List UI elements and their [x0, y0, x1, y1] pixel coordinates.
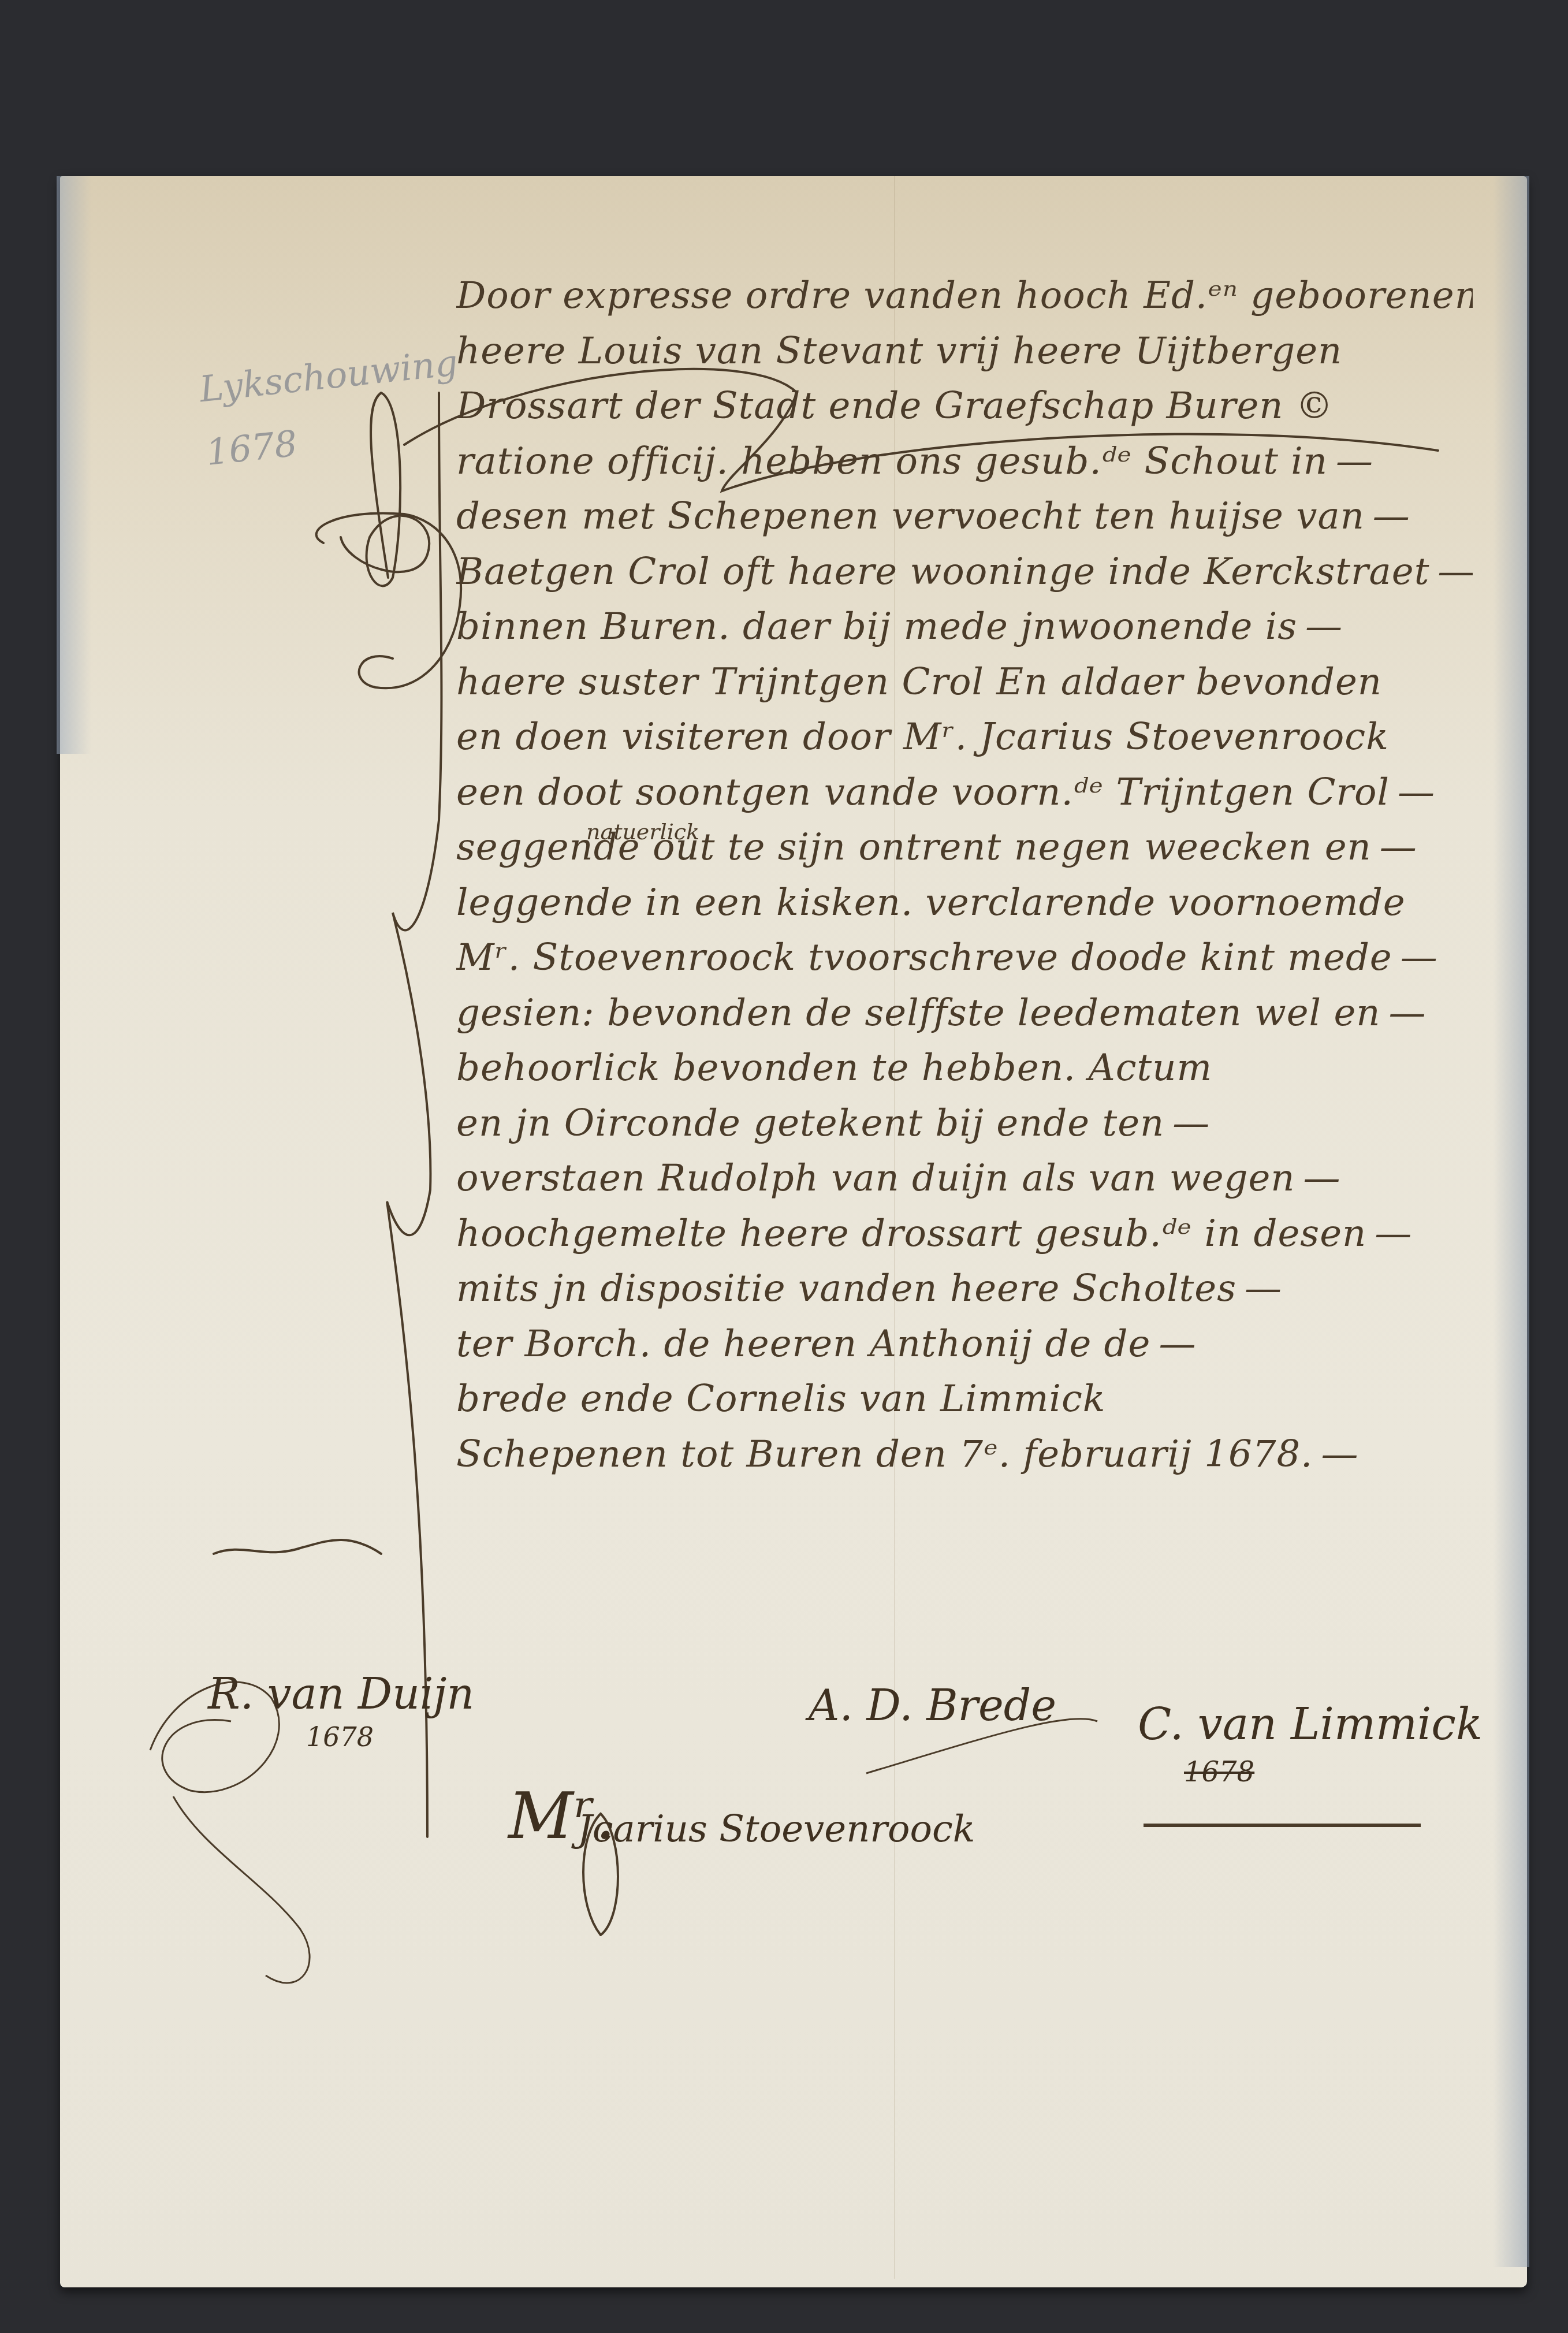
line-text: haere suster Trijntgen Crol En aldaer be… [456, 661, 1382, 704]
line-text: desen met Schepenen vervoecht ten huijse… [456, 495, 1365, 538]
line-text: overstaen Rudolph van duijn als van wege… [456, 1157, 1295, 1200]
line-fill-dash: — [1375, 1212, 1412, 1255]
handwritten-body: Door expresse ordre vanden hooch Ed.ᵉⁿ g… [456, 269, 1473, 1482]
line-fill-dash: — [1437, 550, 1473, 593]
text-line: een doot soontgen vande voorn.ᵈᵉ Trijntg… [456, 765, 1473, 821]
line-text: een doot soontgen vande voorn.ᵈᵉ Trijntg… [456, 771, 1390, 814]
line-text: behoorlick bevonden te hebben. Actum [456, 1047, 1212, 1089]
text-line: mits jn dispositie vanden heere Scholtes… [456, 1262, 1473, 1317]
signature-van-duijn: R. van Duijn [208, 1669, 474, 1719]
interlinear-insertion: natuerlick [586, 819, 699, 844]
line-fill-dash: — [1159, 1323, 1196, 1365]
text-line: ter Borch. de heeren Anthonij de de— [456, 1317, 1473, 1372]
line-text: gesien: bevonden de selffste leedematen … [456, 992, 1380, 1035]
line-fill-dash: — [1303, 1157, 1341, 1200]
text-line: gesien: bevonden de selffste leedematen … [456, 986, 1473, 1041]
text-line: binnen Buren. daer bij mede jnwoonende i… [456, 600, 1473, 655]
line-text: binnen Buren. daer bij mede jnwoonende i… [456, 605, 1297, 648]
line-text: en jn Oirconde getekent bij ende ten [456, 1102, 1164, 1145]
line-text: Drossart der Stadt ende Graefschap Buren… [456, 385, 1334, 427]
line-fill-dash: — [1245, 1267, 1282, 1310]
line-fill-dash: — [1401, 936, 1438, 979]
text-line: Mʳ. Stoevenroock tvoorschreve doode kint… [456, 931, 1473, 986]
line-fill-dash: — [1398, 771, 1435, 814]
text-line: Schepenen tot Buren den 7ᵉ. februarij 16… [456, 1427, 1473, 1483]
line-fill-dash: — [1172, 1102, 1210, 1145]
text-line: ratione officij. hebben ons gesub.ᵈᵉ Sch… [456, 434, 1473, 490]
text-line: haere suster Trijntgen Crol En aldaer be… [456, 655, 1473, 710]
line-fill-dash: — [1336, 440, 1373, 483]
text-line: desen met Schepenen vervoecht ten huijse… [456, 489, 1473, 545]
text-line: leggende in een kisken. verclarende voor… [456, 876, 1473, 931]
signature-van-limmick-year: 1678 [1184, 1756, 1254, 1788]
text-line: Drossart der Stadt ende Graefschap Buren… [456, 379, 1473, 434]
line-text: en doen visiteren door Mʳ. Jcarius Stoev… [456, 716, 1389, 758]
line-text: Schepenen tot Buren den 7ᵉ. februarij 16… [456, 1433, 1313, 1476]
line-text: heere Louis van Stevant vrij heere Uijtb… [456, 330, 1342, 373]
text-line: Baetgen Crol oft haere wooninge inde Ker… [456, 545, 1473, 600]
line-fill-dash: — [1305, 605, 1343, 648]
line-text: ter Borch. de heeren Anthonij de de [456, 1323, 1150, 1365]
line-text: Mʳ. Stoevenroock tvoorschreve doode kint… [456, 936, 1392, 979]
line-fill-dash: — [1373, 495, 1410, 538]
line-text: mits jn dispositie vanden heere Scholtes [456, 1267, 1236, 1310]
line-text: ratione officij. hebben ons gesub.ᵈᵉ Sch… [456, 440, 1328, 483]
text-line: Door expresse ordre vanden hooch Ed.ᵉⁿ g… [456, 269, 1473, 324]
text-line: behoorlick bevonden te hebben. Actum [456, 1041, 1473, 1096]
text-line: brede ende Cornelis van Limmick [456, 1372, 1473, 1427]
signature-block: R. van Duijn 1678 A. D. Brede C. van Lim… [139, 1635, 1525, 1895]
line-fill-dash: — [1388, 992, 1426, 1035]
line-text: leggende in een kisken. verclarende voor… [456, 881, 1406, 924]
signature-stoevenroock: Jcarius Stoevenroock [578, 1808, 975, 1851]
signature-van-duijn-year: 1678 [306, 1721, 374, 1752]
line-text: hoochgemelte heere drossart gesub.ᵈᵉ in … [456, 1212, 1366, 1255]
line-text: Baetgen Crol oft haere wooninge inde Ker… [456, 550, 1429, 593]
signature-van-limmick: C. van Limmick [1138, 1698, 1483, 1750]
text-line: heere Louis van Stevant vrij heere Uijtb… [456, 324, 1473, 379]
signature-brede: A. D. Brede [809, 1681, 1056, 1731]
text-line: overstaen Rudolph van duijn als van wege… [456, 1151, 1473, 1207]
line-text: Door expresse ordre vanden hooch Ed.ᵉⁿ g… [456, 274, 1473, 317]
line-text: brede ende Cornelis van Limmick [456, 1378, 1106, 1420]
line-fill-dash: — [1321, 1433, 1358, 1476]
text-line: hoochgemelte heere drossart gesub.ᵈᵉ in … [456, 1207, 1473, 1262]
line-fill-dash: — [1380, 826, 1417, 869]
text-line: en doen visiteren door Mʳ. Jcarius Stoev… [456, 710, 1473, 765]
text-line: en jn Oirconde getekent bij ende ten— [456, 1096, 1473, 1152]
